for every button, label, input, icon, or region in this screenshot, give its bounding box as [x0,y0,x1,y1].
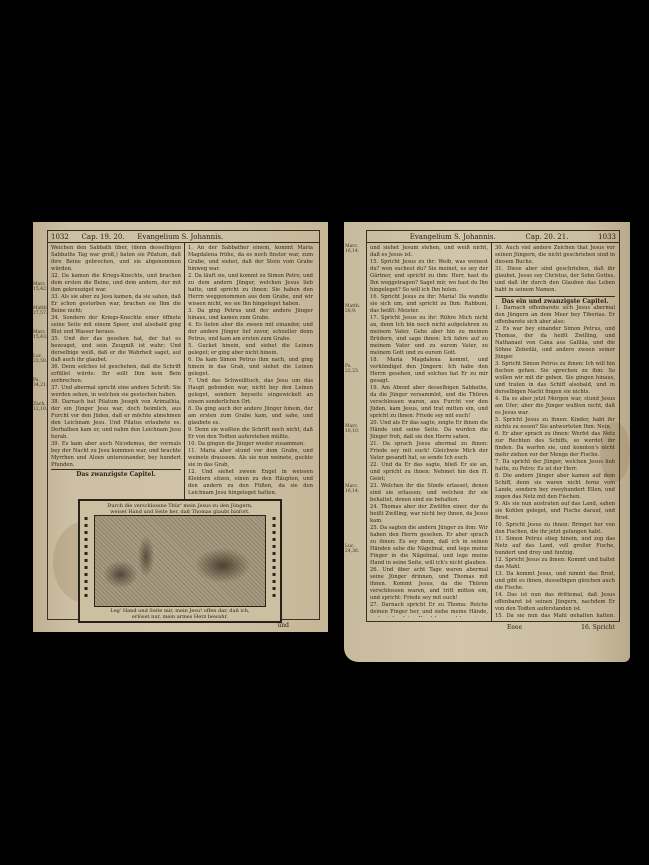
verse: 9. Denn sie wußten die Schrift noch nich… [188,427,313,441]
section-title: Das zwanzigste Capitel. [51,469,181,478]
margin-note: Ps. 22,23. [345,364,365,374]
verse: 30. Auch viel andere Zeichen that Jesus … [495,245,615,266]
margin-note: Luc. 23,50. [33,354,47,364]
woodcut-caption-bottom: Leg' Hand und Seite mir, mein Jesu! offe… [104,608,256,620]
verse: 13. Da kommt Jesus, und nimmt das Brod, … [495,571,615,592]
ornament-border-icon: ▪▪▪▪▪▪▪▪▪▪▪▪ [270,515,278,599]
verse: 22. Und da Er das sagte, bließ Er sie an… [370,462,488,483]
verse: und siehet Jesum stehen, und weiß nicht,… [370,245,488,259]
verse: 10. Spricht Jesus zu ihnen: Bringet her … [495,522,615,536]
verse: 24. Thomas aber der Zwölfen einer, der d… [370,504,488,525]
verse: 32. Da kamen die Kriegs-Knechte, und bra… [51,273,181,294]
verse: 3. Spricht Simon Petrus zu ihnen: Ich wi… [495,361,615,396]
verse: Weichen den Sabbath über, (denn desselbi… [51,245,181,273]
verse: 39. Es kam aber auch Nicodemus, der vorm… [51,441,181,467]
running-title: Evangelium S. Johannis. [410,233,496,241]
page-header: 1032 Cap. 19. 20. Evangelium S. Johannis… [48,231,319,243]
margin-note: Marc. 15,43. [33,330,47,340]
catchword: und [277,622,289,629]
verse: 16. Spricht Jesus zu ihr: Maria! Da wand… [370,294,488,315]
margin-note: Marc. 16,10. [345,424,365,434]
chapter-reference: Cap. 19. 20. [82,233,125,241]
page-header: Evangelium S. Johannis. Cap. 20. 21. 103… [367,231,619,243]
verse: 31. Diese aber sind geschrieben, daß ihr… [495,266,615,294]
verse: 7. Und das Schweißtuch, das Jesu um das … [188,378,313,406]
text-column-right: 1. An der Sabbather einem, kommt Maria M… [188,245,313,495]
verse: 6. Er aber sprach zu ihnen: Werfet das N… [495,431,615,459]
right-bible-page: Evangelium S. Johannis. Cap. 20. 21. 103… [344,222,630,662]
ornament-border-icon: ▪▪▪▪▪▪▪▪▪▪▪▪ [82,515,90,599]
verse: 4. Es liefen aber die zween mit einander… [188,322,313,343]
verse: 15. Spricht Jesus zu ihr: Weib, was wein… [370,259,488,294]
verse: 26. Und über acht Tage waren abermal sei… [370,567,488,602]
verse: 5. Gucket hinein, und siehet die Leinen … [188,343,313,357]
verse: 12. Spricht Jesus zu ihnen: Kommt und ha… [495,557,615,571]
verse: 25. Da sagten die andern Jünger zu ihm: … [370,525,488,567]
verse: 19. Am Abend aber desselbigen Sabbaths, … [370,385,488,420]
verse: 18. Maria Magdalena kommt, und verkündig… [370,357,488,385]
verse: 34. Sondern der Kriegs-Knechte einer öff… [51,315,181,336]
verse: 7. Da spricht der Jünger, welchen Jesus … [495,459,615,473]
chapter-reference: Cap. 20. 21. [525,233,568,241]
margin-note: Luc. 24,36. [345,544,365,554]
section-title: Das ein und zwanzigste Capitel. [495,296,615,305]
verse: 4. Da es aber jetzt Morgen war, stund Je… [495,396,615,417]
page-frame: 1032 Cap. 19. 20. Evangelium S. Johannis… [47,230,320,620]
verse: 10. Da gingen die Jünger wieder zusammen… [188,441,313,448]
verse: 2. Es war bey einander Simon Petrus, und… [495,326,615,361]
text-column-left: Weichen den Sabbath über, (denn desselbi… [51,245,181,467]
margin-note: Marc. 15,42. [33,282,47,292]
text-column-right: 30. Auch viel andere Zeichen that Jesus … [495,245,615,617]
woodcut-image [94,515,266,607]
verse: 38. Darnach bat Pilatum Joseph von Arima… [51,399,181,441]
margin-note: Marc. 16,14. [345,484,365,494]
text-column-left: und siehet Jesum stehen, und weiß nicht,… [370,245,488,617]
column-divider [491,243,492,621]
verse: 8. Die andern Jünger aber kamen auf dem … [495,473,615,501]
verse: 6. Da kam Simon Petrus ihm nach, und gin… [188,357,313,378]
running-title: Evangelium S. Johannis. [137,233,223,241]
verse: 21. Da sprach Jesus abermal zu ihnen: Fr… [370,441,488,462]
verse: 23. Welchen ihr die Sünde erlasset, dene… [370,483,488,504]
catchword: 16. Spricht [581,624,615,631]
verse: 20. Und als Er das sagte, zeigte Er ihne… [370,420,488,441]
verse: 36. Denn solches ist geschehen, daß die … [51,364,181,385]
margin-note: Marc. 16,14. [345,244,365,254]
verse: 27. Darnach spricht Er zu Thoma: Reiche … [370,602,488,617]
verse: 5. Spricht Jesus zu ihnen: Kinder, habt … [495,417,615,431]
verse: 35. Und der das gesehen hat, der hat es … [51,336,181,364]
verse: 11. Simon Petrus stieg hinein, und zog d… [495,536,615,557]
woodcut-caption-top: Durch die verschlossne Thür' mein Jesus … [104,503,256,515]
verse: 17. Spricht Jesus zu ihr: Rühre Mich nic… [370,315,488,357]
margin-notes: Marc. 15,42. Matth. 27,57. Marc. 15,43. … [33,282,47,412]
margin-note: Ps. 34,21. [33,378,47,388]
verse: 9. Als sie nun austraten auf das Land, s… [495,501,615,522]
page-number: 1033 [598,233,616,241]
verse: 1. Darnach offenbarete sich Jesus aberma… [495,305,615,326]
verse: 15. Da sie nun das Mahl gehalten hatten,… [495,613,615,617]
margin-notes: Marc. 16,14. Matth. 28,9. Ps. 22,23. Mar… [345,244,365,554]
signature-mark: Eeee [507,624,522,631]
verse: 2. Da läuft sie, und kommt zu Simon Petr… [188,273,313,308]
verse: 12. Und siehet zween Engel in weissen Kl… [188,469,313,495]
margin-note: Zach. 12,10. [33,402,47,412]
verse: 14. Das ist nun das drittemal, daß Jesus… [495,592,615,613]
verse: 37. Und abermal spricht eine andere Schr… [51,385,181,399]
chapter-intro: Das zwanzigste Capitel. [51,467,181,497]
page-frame: Evangelium S. Johannis. Cap. 20. 21. 103… [366,230,620,622]
verse: 8. Da ging auch der andere Jünger hinein… [188,406,313,427]
margin-note: Matth. 28,9. [345,304,365,314]
margin-note: Matth. 27,57. [33,306,47,316]
verse: 33. Als sie aber zu Jesu kamen, da sie s… [51,294,181,315]
left-bible-page: 1032 Cap. 19. 20. Evangelium S. Johannis… [33,222,328,632]
woodcut-illustration: Durch die verschlossne Thür' mein Jesus … [78,499,282,623]
verse: 3. Da ging Petrus und der andere Jünger … [188,308,313,322]
page-number: 1032 [51,233,69,241]
verse: 11. Maria aber stund vor dem Grabe, und … [188,448,313,469]
verse: 1. An der Sabbather einem, kommt Maria M… [188,245,313,273]
